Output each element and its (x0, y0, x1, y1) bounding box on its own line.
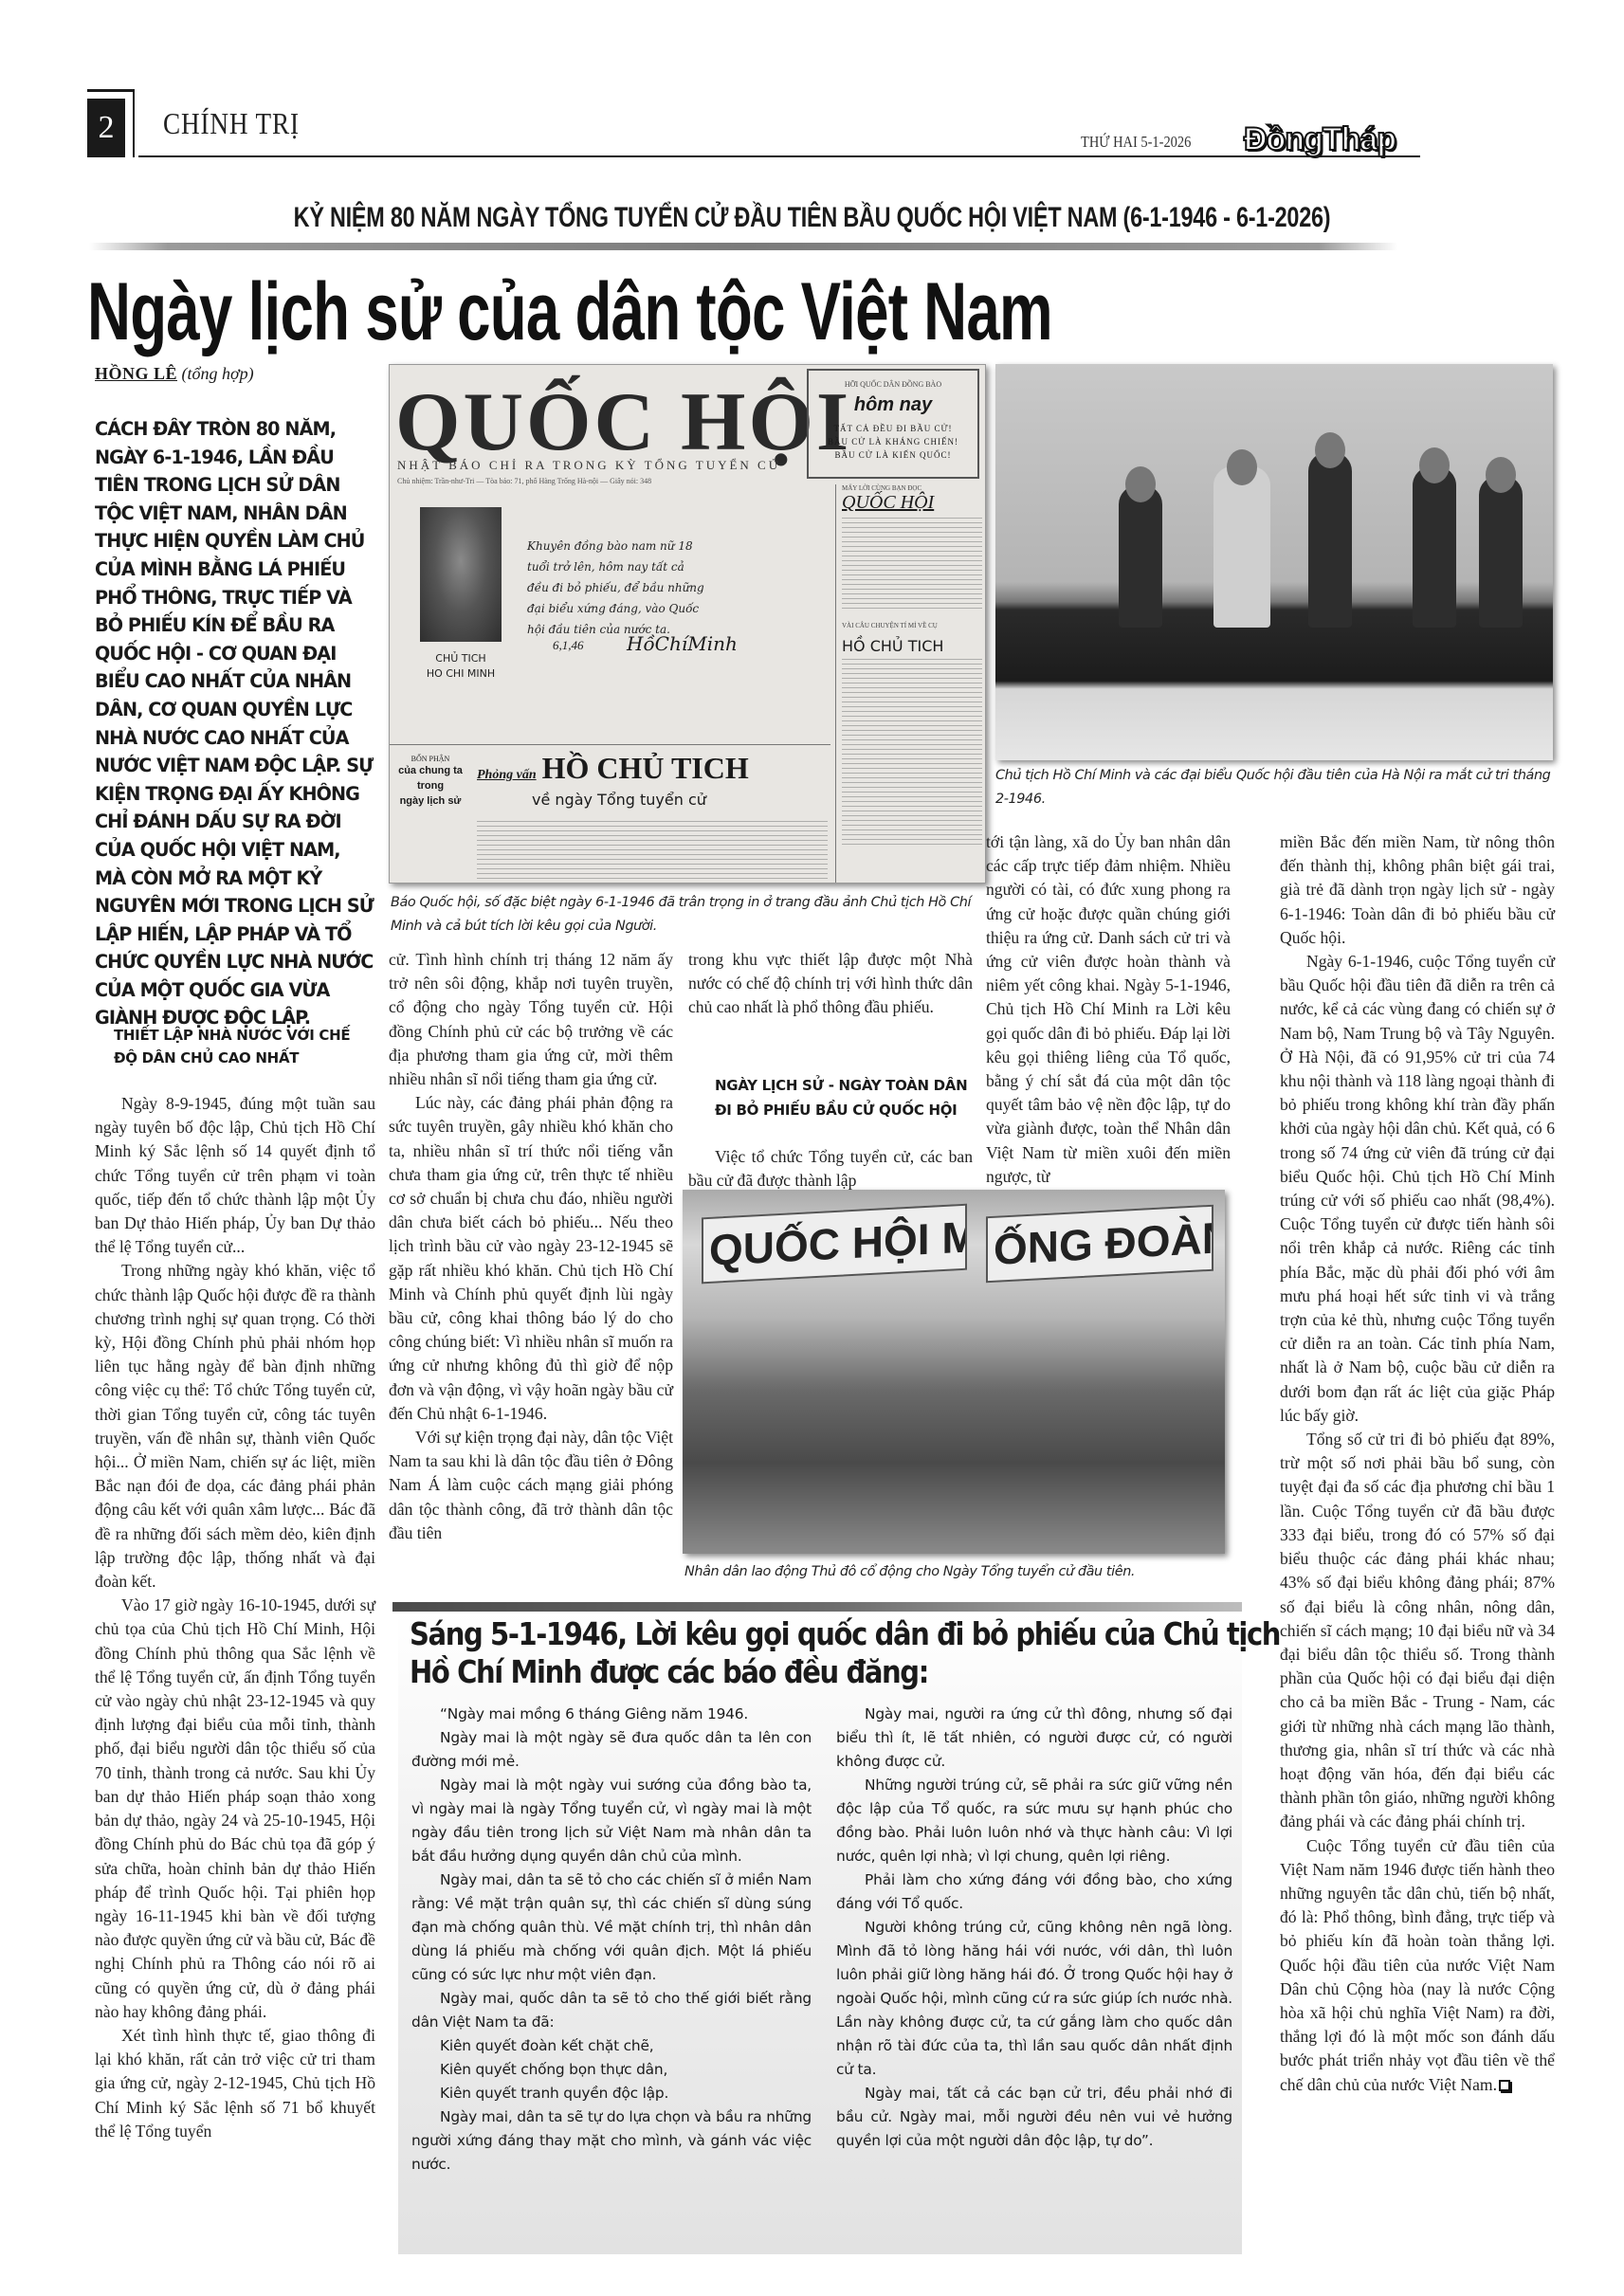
quote-paragraph: Ngày mai là một ngày sẽ đưa quốc dân ta … (411, 1726, 812, 1774)
handwritten-appeal: Khuyên đồng bào nam nữ 18 tuổi trở lên, … (527, 536, 707, 640)
quote-paragraph: Kiên quyết tranh quyền độc lập. (411, 2082, 812, 2105)
body-column-3-cont: Việc tổ chức Tổng tuyển cử, các ban bầu … (688, 1145, 973, 1193)
masthead-logo: ĐồngTháp (1244, 121, 1396, 158)
paragraph: Vào 17 giờ ngày 16-10-1945, dưới sự chủ … (95, 1594, 375, 2024)
kicker: KỶ NIỆM 80 NĂM NGÀY TỔNG TUYỂN CỬ ĐẦU TI… (178, 202, 1445, 234)
quote-box-bar (392, 1602, 1242, 1612)
np-bottom-left-kicker: BỔN PHẬN (393, 755, 467, 763)
np-callout-box: HỠI QUỐC DÂN ĐỒNG BÀO hôm nay TẤT CẢ ĐỀU… (807, 369, 979, 479)
quote-paragraph: “Ngày mai mồng 6 tháng Giêng năm 1946. (411, 1703, 812, 1726)
banner-left: QUỐC HỘI MỘT L (702, 1204, 967, 1285)
newspaper-caption: Báo Quốc hội, số đặc biệt ngày 6-1-1946 … (391, 891, 978, 938)
figure-head (1227, 449, 1257, 485)
np-bottom-left: BỔN PHẬN của chung ta trong ngày lịch sử (393, 755, 467, 809)
np-right-column: MẤY LỜI CÙNG BẠN ĐỌC QUỐC HỘI VÀI CÂU CH… (835, 484, 982, 883)
lead-paragraph: CÁCH ĐÂY TRÒN 80 NĂM, NGÀY 6-1-1946, LẦN… (95, 415, 375, 1032)
paragraph: Ngày 8-9-1945, đúng một tuần sau ngày tu… (95, 1092, 375, 1259)
body-column-5: miền Bắc đến miền Nam, từ nông thôn đến … (1280, 830, 1555, 2097)
body-column-4: tới tận làng, xã do Ủy ban nhân dân các … (986, 830, 1231, 1189)
paragraph: trong khu vực thiết lập được một Nhà nướ… (688, 948, 973, 1020)
portrait-image (420, 507, 502, 642)
subhead-thiet-lap: THIẾT LẬP NHÀ NƯỚC VỚI CHẾ ĐỘ DÂN CHỦ CA… (114, 1024, 360, 1069)
portrait-caption: CHỦ TICH HO CHI MINH (409, 651, 513, 682)
hand-date: 6,1,46 (553, 638, 584, 653)
np-bottom-left-line: ngày lịch sử (393, 793, 467, 809)
byline: HỒNG LÊ (tổng hợp) (95, 364, 254, 384)
np-address: Chủ nhiệm: Trần-như-Tri — Tòa báo: 71, p… (397, 477, 651, 485)
np-bottom-section: BỔN PHẬN của chung ta trong ngày lịch sử… (390, 744, 830, 883)
np-subtitle: NHẬT BÁO CHỈ RA TRONG KỲ TỔNG TUYỂN CỬ (397, 458, 781, 473)
banner-right: ỐNG ĐOÀN KẾT (986, 1205, 1213, 1284)
paragraph: Việc tổ chức Tổng tuyển cử, các ban bầu … (688, 1145, 973, 1193)
quote-box-title: Sáng 5-1-1946, Lời kêu gọi quốc dân đi b… (410, 1615, 1136, 1691)
np-text-lines (842, 659, 982, 848)
np-text-lines (842, 518, 982, 612)
np-box-title: hôm nay (809, 394, 977, 416)
quoc-hoi-newspaper-image: QUỐC HỘI NHẬT BÁO CHỈ RA TRONG KỲ TỔNG T… (389, 364, 986, 884)
np-text-lines (477, 821, 828, 880)
body-column-3: trong khu vực thiết lập được một Nhà nướ… (688, 948, 973, 1020)
paragraph: Với sự kiện trọng đại này, dân tộc Việt … (389, 1426, 673, 1545)
np-box-kicker: HỠI QUỐC DÂN ĐỒNG BÀO (809, 380, 977, 389)
paragraph: Tổng số cử tri đi bỏ phiếu đạt 89%, trừ … (1280, 1428, 1555, 1833)
paragraph: Xét tình hình thực tế, giao thông đi lại… (95, 2024, 375, 2143)
author-name: HỒNG LÊ (95, 364, 177, 383)
ho-chi-minh-delegates-photo (995, 364, 1553, 760)
byline-note: (tổng hợp) (182, 364, 254, 383)
body-column-1: Ngày 8-9-1945, đúng một tuần sau ngày tu… (95, 1092, 375, 2143)
quote-paragraph: Kiên quyết đoàn kết chặt chẽ, (411, 2034, 812, 2058)
photo1-caption: Chủ tịch Hồ Chí Minh và các đại biểu Quố… (995, 764, 1564, 811)
np-interview-heading: Phỏng vấnHỒ CHỦ TICH (477, 751, 749, 786)
closing-text: Cuộc Tổng tuyển cử đầu tiên của Việt Nam… (1280, 1836, 1555, 2094)
subhead-ngay-lich-su: NGÀY LỊCH SỬ - NGÀY TOÀN DÂN ĐI BỎ PHIẾU… (715, 1073, 980, 1122)
paragraph: Ngày 6-1-1946, cuộc Tổng tuyển cử bầu Qu… (1280, 950, 1555, 1428)
portrait-caption-line: CHỦ TICH (409, 651, 513, 666)
figure (1413, 466, 1456, 628)
kicker-bar (89, 243, 1397, 250)
quote-paragraph: Ngày mai, tất cả các bạn cử tri, đều phả… (836, 2082, 1232, 2153)
paragraph: Cuộc Tổng tuyển cử đầu tiên của Việt Nam… (1280, 1834, 1555, 2097)
quote-paragraph: Người không trúng cử, cũng không nên ngã… (836, 1916, 1232, 2082)
quote-paragraph: Ngày mai, người ra ứng cử thì đông, nhưn… (836, 1703, 1232, 1774)
figure-head (1419, 447, 1450, 483)
header-rule-top (87, 89, 133, 92)
np-box-line: TẤT CẢ ĐỀU ĐI BẦU CỬ! (809, 422, 977, 435)
photo2-caption: Nhân dân lao động Thủ đô cổ động cho Ngà… (684, 1560, 1234, 1584)
paragraph: cử. Tình hình chính trị tháng 12 năm ấy … (389, 948, 673, 1091)
quote-paragraph: Kiên quyết chống bọn thực dân, (411, 2058, 812, 2082)
quote-paragraph: Phải làm cho xứng đáng với đồng bào, cho… (836, 1868, 1232, 1916)
paragraph: Lúc này, các đảng phái phản động ra sức … (389, 1091, 673, 1426)
np-right-kicker-2: VÀI CÂU CHUYỆN TÍ MỈ VỀ CỤ (842, 622, 982, 629)
np-interview-small: Phỏng vấn (477, 768, 537, 782)
quote-paragraph: Ngày mai là một ngày vui sướng của đồng … (411, 1774, 812, 1868)
np-box-line: BẦU CỬ LÀ KHÁNG CHIẾN! (809, 435, 977, 448)
body-column-2: cử. Tình hình chính trị tháng 12 năm ấy … (389, 948, 673, 1545)
section-name: CHÍNH TRỊ (163, 106, 300, 141)
figure-head (1315, 432, 1345, 468)
figure (1119, 485, 1162, 628)
end-mark-icon (1499, 2080, 1510, 2091)
paragraph: tới tận làng, xã do Ủy ban nhân dân các … (986, 830, 1231, 1189)
paragraph: miền Bắc đến miền Nam, từ nông thôn đến … (1280, 830, 1555, 950)
np-box-line: BẦU CỬ LÀ KIẾN QUỐC! (809, 448, 977, 462)
np-right-kicker: MẤY LỜI CÙNG BẠN ĐỌC (842, 484, 982, 492)
quote-column-right: Ngày mai, người ra ứng cử thì đông, nhưn… (836, 1703, 1232, 2153)
portrait-caption-line: HO CHI MINH (409, 666, 513, 682)
signature: HồChíMinh (627, 632, 738, 655)
np-right-title-2: HỒ CHỦ TICH (842, 637, 982, 655)
quote-paragraph: Ngày mai, dân ta sẽ tỏ cho các chiến sĩ … (411, 1868, 812, 1987)
paragraph: Trong những ngày khó khăn, việc tổ chức … (95, 1259, 375, 1594)
figure-head (1125, 466, 1156, 502)
page-number: 2 (87, 99, 125, 157)
figure (1308, 452, 1352, 628)
header-rule (138, 155, 1420, 157)
figure (1479, 476, 1523, 628)
quote-box-title-line: Sáng 5-1-1946, Lời kêu gọi quốc dân đi b… (410, 1615, 1136, 1653)
np-bottom-left-line: của chung ta trong (393, 763, 467, 793)
quote-paragraph: Ngày mai, quốc dân ta sẽ tỏ cho thế giới… (411, 1987, 812, 2034)
np-title: QUỐC HỘI (395, 374, 851, 470)
header-divider (133, 89, 135, 157)
np-interview-big: HỒ CHỦ TICH (542, 751, 749, 785)
np-interview-sub: về ngày Tổng tuyển cử (532, 791, 706, 809)
quote-paragraph: Ngày mai, dân ta sẽ tự do lựa chọn và bầ… (411, 2105, 812, 2177)
issue-date: THỨ HAI 5-1-2026 (1081, 133, 1191, 152)
headline: Ngày lịch sử của dân tộc Việt Nam (87, 265, 1052, 359)
np-right-title: QUỐC HỘI (842, 492, 982, 514)
quote-column-left: “Ngày mai mồng 6 tháng Giêng năm 1946. N… (411, 1703, 812, 2177)
figure (1213, 466, 1270, 628)
crowd-rally-photo: QUỐC HỘI MỘT L ỐNG ĐOÀN KẾT (683, 1190, 1225, 1554)
figure-head (1486, 457, 1516, 493)
quote-paragraph: Những người trúng cử, sẽ phải ra sức giữ… (836, 1774, 1232, 1868)
quote-box-title-line: Hồ Chí Minh được các báo đều đăng: (410, 1653, 1136, 1691)
